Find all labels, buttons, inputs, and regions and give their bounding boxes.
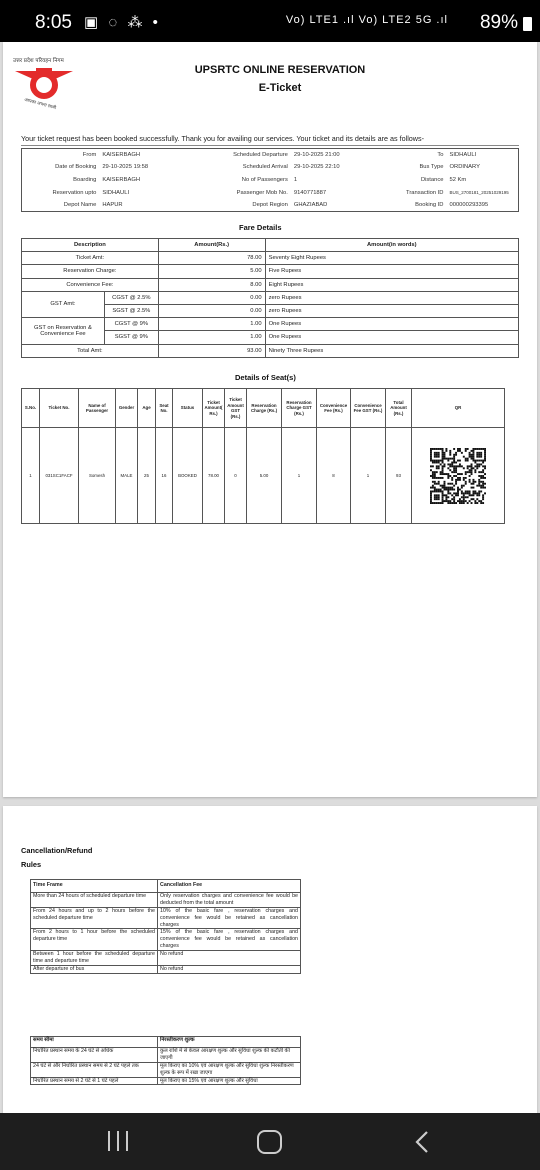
rules-cell: निर्धारित प्रस्थान समय के 24 घंटे से अधि…: [31, 1048, 158, 1063]
seat-cell: MALE: [116, 428, 138, 524]
gallery-icon: ▣: [84, 14, 101, 31]
seat-column-header: Seat No.: [156, 389, 173, 428]
info-label: Reservation upto: [22, 186, 100, 199]
pdf-page-2: Cancellation/Refund Rules Time FrameCanc…: [3, 806, 537, 1113]
info-value: 29-10-2025 19:58: [99, 161, 195, 174]
seat-column-header: Ticket Amount( Rs.): [203, 389, 225, 428]
seat-cell: 8: [317, 428, 351, 524]
info-label: Transaction ID: [377, 186, 447, 199]
seat-cell: 1: [282, 428, 317, 524]
intro-text: Your ticket request has been booked succ…: [21, 134, 424, 143]
qr-cell: [412, 428, 505, 524]
rules-cell: Between 1 hour before the scheduled depa…: [31, 951, 158, 966]
cancellation-rules-table: Time FrameCancellation FeeMore than 24 h…: [30, 879, 301, 974]
dot-icon: •: [153, 14, 161, 31]
info-label: Bus Type: [377, 161, 447, 174]
seat-column-header: QR: [412, 389, 505, 428]
seat-cell: 78.00: [203, 428, 225, 524]
rules-cell: 24 घंटे से और निर्धारित प्रस्थान समय से …: [31, 1062, 158, 1077]
rules-column-header: निरस्तीकरण शुल्क: [158, 1037, 301, 1048]
seat-column-header: Ticket No.: [40, 389, 79, 428]
seat-column-header: Total Amount (Rs.): [386, 389, 412, 428]
info-label: Scheduled Arrival: [195, 161, 291, 174]
seat-cell: BOOKED: [173, 428, 203, 524]
info-value: 29-10-2025 21:00: [291, 149, 377, 162]
rules-cell: No refund: [158, 965, 301, 973]
info-label: Scheduled Departure: [195, 149, 291, 162]
seat-cell: 031SC1FACF: [40, 428, 79, 524]
home-button[interactable]: [257, 1130, 282, 1154]
info-label: Booking ID: [377, 199, 447, 212]
rules-row: Between 1 hour before the scheduled depa…: [31, 951, 301, 966]
info-label: Date of Booking: [22, 161, 100, 174]
journey-info-table: FromKAISERBAGHScheduled Departure29-10-2…: [21, 148, 519, 212]
info-value: 29-10-2025 22:10: [291, 161, 377, 174]
info-label: Depot Region: [195, 199, 291, 212]
seat-details-table: S.No.Ticket No.Name of PassengerGenderAg…: [21, 388, 505, 524]
cancellation-heading: Cancellation/Refund: [21, 846, 92, 855]
battery-icon: [523, 17, 532, 31]
seat-column-header: Ticket Amount GST (Rs.): [225, 389, 247, 428]
signal-icons: Vo) LTE1 .ıl Vo) LTE2 5G .ıl: [286, 14, 448, 26]
fare-row-cgst-reservation: GST on Reservation & Convenience Fee CGS…: [22, 318, 519, 331]
fare-row-ticket: Ticket Amt: 78.00 Seventy Eight Rupees: [22, 252, 519, 265]
navigation-bar: [0, 1113, 540, 1170]
fare-row-convenience: Convenience Fee: 8.00 Eight Rupees: [22, 278, 519, 291]
rules-row: More than 24 hours of scheduled departur…: [31, 893, 301, 908]
info-row: Date of Booking29-10-2025 19:58Scheduled…: [22, 161, 519, 174]
seat-row: 1031SC1FACFSomeshMALE2516BOOKED78.0005.0…: [22, 428, 505, 524]
info-label: From: [22, 149, 100, 162]
seat-column-header: Name of Passenger: [79, 389, 116, 428]
info-label: Depot Name: [22, 199, 100, 212]
rules-cell: 15% of the basic fare , reservation char…: [158, 929, 301, 951]
fare-details-table: Description Amount(Rs.) Amount(in words)…: [21, 238, 519, 358]
back-icon: [417, 1132, 427, 1152]
whatsapp-icon: ◌: [108, 14, 120, 31]
seat-cell: 5.00: [247, 428, 282, 524]
seat-column-header: Convenience Fee (Rs.): [317, 389, 351, 428]
info-value: SIDHAULI: [99, 186, 195, 199]
notification-icons: ▣ ◌ ⁂ •: [84, 13, 161, 31]
rules-row: From 24 hours and up to 2 hours before t…: [31, 907, 301, 929]
seat-column-header: Reservation Charge (Rs.): [247, 389, 282, 428]
fare-row-cgst-ticket: GST Amt: CGST @ 2.5% 0.00 zero Rupees: [22, 291, 519, 304]
info-value: KAISERBAGH: [99, 149, 195, 162]
document-title: UPSRTC ONLINE RESERVATION: [13, 64, 540, 76]
info-label: To: [377, 149, 447, 162]
recent-apps-button[interactable]: [108, 1131, 130, 1151]
rules-cell: More than 24 hours of scheduled departur…: [31, 893, 158, 908]
rules-cell: From 24 hours and up to 2 hours before t…: [31, 907, 158, 929]
rules-cell: Only reservation charges and convenience…: [158, 893, 301, 908]
seat-column-header: Convenience Fee GST (Rs.): [351, 389, 386, 428]
rules-row: निर्धारित प्रस्थान समय से 2 घंटे से 1 घं…: [31, 1077, 301, 1085]
rules-cell: 10% of the basic fare , reservation char…: [158, 907, 301, 929]
rules-row: 24 घंटे से और निर्धारित प्रस्थान समय से …: [31, 1062, 301, 1077]
info-value: 000000293395: [447, 199, 519, 212]
seat-cell: 25: [138, 428, 156, 524]
seat-cell: Somesh: [79, 428, 116, 524]
seat-cell: 0: [225, 428, 247, 524]
rules-column-header: Cancellation Fee: [158, 880, 301, 893]
pdf-page-1: उत्तर प्रदेश परिवहन निगम आपका अपना साथी …: [3, 42, 537, 797]
seat-cell: 1: [351, 428, 386, 524]
info-label: No of Passengers: [195, 174, 291, 187]
seat-column-header: Status: [173, 389, 203, 428]
seat-column-header: Age: [138, 389, 156, 428]
fare-row-total: Total Amt: 93.00 Ninety Three Rupees: [22, 344, 519, 357]
info-value: BUS_2700181_20251029195: [447, 186, 519, 199]
divider: [21, 145, 519, 146]
seat-details-title: Details of Seat(s): [235, 373, 296, 382]
fare-header-description: Description: [22, 239, 159, 252]
seat-cell: 16: [156, 428, 173, 524]
seat-column-header: Reservation Charge GST (Rs.): [282, 389, 317, 428]
info-label: Passenger Mob No.: [195, 186, 291, 199]
info-value: SIDHAULI: [447, 149, 519, 162]
rules-cell: After departure of bus: [31, 965, 158, 973]
status-bar: 8:05 ▣ ◌ ⁂ • Vo) LTE1 .ıl Vo) LTE2 5G .ı…: [0, 0, 540, 42]
info-label: Boarding: [22, 174, 100, 187]
rules-cell: कुल राशि में से केवल आरक्षण शुल्क और सुव…: [158, 1048, 301, 1063]
info-value: KAISERBAGH: [99, 174, 195, 187]
cancellation-subheading: Rules: [21, 860, 41, 869]
app-icon: ⁂: [127, 14, 145, 31]
seat-column-header: S.No.: [22, 389, 40, 428]
rules-column-header: समय सीमा: [31, 1037, 158, 1048]
rules-cell: No refund: [158, 951, 301, 966]
info-value: 1: [291, 174, 377, 187]
rules-row: निर्धारित प्रस्थान समय के 24 घंटे से अधि…: [31, 1048, 301, 1063]
qr-code-icon: [430, 448, 486, 504]
cancellation-rules-hindi-table: समय सीमानिरस्तीकरण शुल्कनिर्धारित प्रस्थ…: [30, 1036, 301, 1085]
clock: 8:05: [35, 12, 72, 34]
rules-row: After departure of busNo refund: [31, 965, 301, 973]
fare-header-words: Amount(in words): [265, 239, 518, 252]
rules-cell: मूल किराए का 15% एवं आरक्षण शुल्क और सुव…: [158, 1077, 301, 1085]
rules-cell: From 2 hours to 1 hour before the schedu…: [31, 929, 158, 951]
battery-percent: 89%: [480, 12, 518, 34]
info-row: BoardingKAISERBAGHNo of Passengers1Dista…: [22, 174, 519, 187]
pdf-viewer[interactable]: उत्तर प्रदेश परिवहन निगम आपका अपना साथी …: [0, 42, 540, 1113]
fare-details-title: Fare Details: [239, 223, 282, 232]
info-value: HAPUR: [99, 199, 195, 212]
fare-header-amount: Amount(Rs.): [158, 239, 265, 252]
document-subtitle: E-Ticket: [13, 82, 540, 94]
info-row: Reservation uptoSIDHAULIPassenger Mob No…: [22, 186, 519, 199]
info-value: 9140771887: [291, 186, 377, 199]
seat-cell: 1: [22, 428, 40, 524]
info-value: GHAZIABAD: [291, 199, 377, 212]
info-value: 52 Km: [447, 174, 519, 187]
rules-column-header: Time Frame: [31, 880, 158, 893]
seat-column-header: Gender: [116, 389, 138, 428]
recent-apps-icon: [108, 1131, 110, 1151]
info-row: Depot NameHAPURDepot RegionGHAZIABADBook…: [22, 199, 519, 212]
svg-text:उत्तर प्रदेश परिवहन निगम: उत्तर प्रदेश परिवहन निगम: [13, 57, 65, 64]
back-button[interactable]: [410, 1129, 436, 1155]
rules-row: From 2 hours to 1 hour before the schedu…: [31, 929, 301, 951]
info-row: FromKAISERBAGHScheduled Departure29-10-2…: [22, 149, 519, 162]
rules-cell: मूल किराए का 10% एवं आरक्षण शुल्क और सुव…: [158, 1062, 301, 1077]
info-label: Distance: [377, 174, 447, 187]
fare-row-reservation: Reservation Charge: 5.00 Five Rupees: [22, 265, 519, 278]
info-value: ORDINARY: [447, 161, 519, 174]
rules-cell: निर्धारित प्रस्थान समय से 2 घंटे से 1 घं…: [31, 1077, 158, 1085]
seat-cell: 93: [386, 428, 412, 524]
